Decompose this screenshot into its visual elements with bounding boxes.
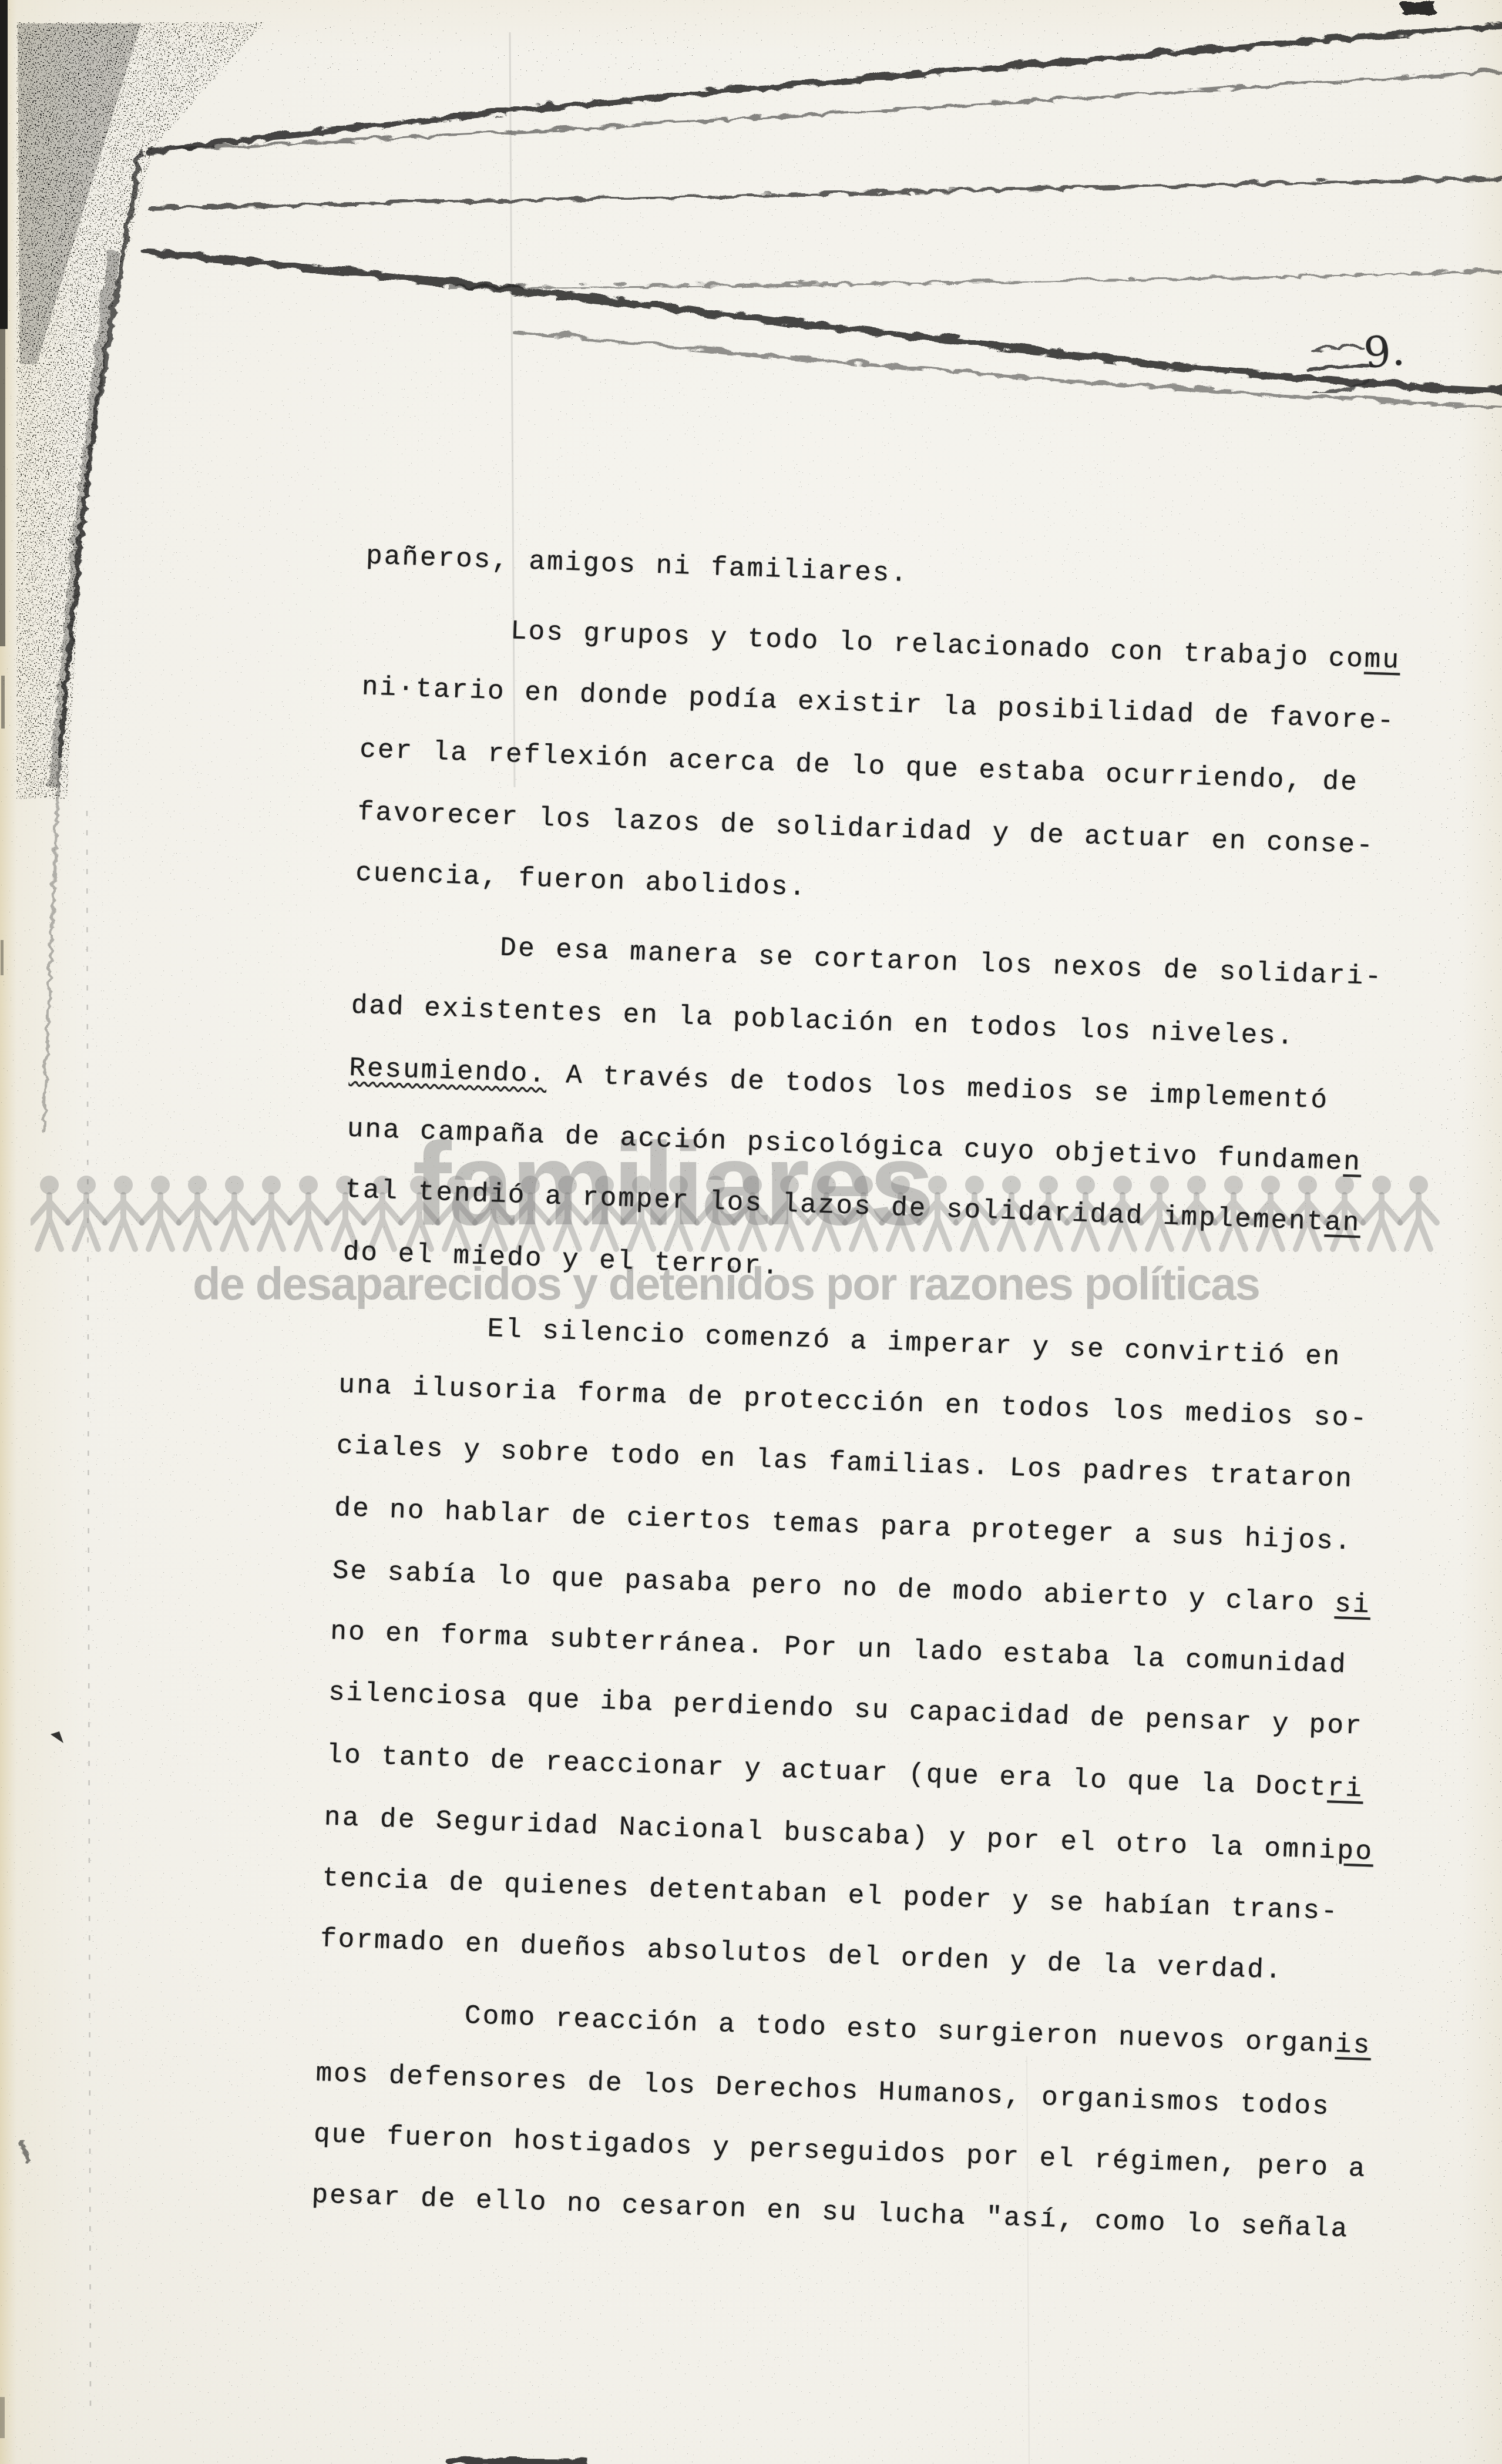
underlined-syllable: ri bbox=[1327, 1773, 1364, 1804]
paper-doll-figure bbox=[68, 1176, 105, 1249]
typed-line-text: do el miedo y el terror. bbox=[342, 1237, 781, 1282]
typed-line-text: El silencio comenzó a imperar y se convi… bbox=[487, 1314, 1342, 1372]
paper-doll-figure bbox=[179, 1176, 216, 1249]
paper-doll-figure bbox=[105, 1176, 142, 1249]
paper-doll-figure bbox=[142, 1176, 179, 1249]
typed-line-text: A través de todos los medios se implemen… bbox=[546, 1059, 1329, 1116]
paper-doll-figure bbox=[253, 1176, 290, 1249]
typed-line-text: pañeros, amigos ni familiares. bbox=[365, 541, 909, 589]
paper-doll-figure bbox=[290, 1176, 327, 1249]
typed-line-text: cuencia, fueron abolidos. bbox=[355, 858, 807, 903]
typed-line-text: De esa manera se cortaron los nexos de s… bbox=[499, 932, 1383, 992]
paper-doll-figure bbox=[216, 1176, 253, 1249]
paper-doll-figure bbox=[31, 1176, 68, 1249]
underlined-syllable: is bbox=[1335, 2029, 1372, 2061]
underlined-syllable: n bbox=[1343, 1147, 1362, 1178]
typed-line-text: Como reacción a todo esto surgieron nuev… bbox=[464, 2000, 1336, 2060]
wavy-underlined-word: Resumiendo. bbox=[348, 1053, 547, 1090]
scanned-document-page: familiares de desaparecidos y detenidos … bbox=[0, 0, 1502, 2464]
underlined-syllable: an bbox=[1324, 1207, 1361, 1238]
underlined-syllable: si bbox=[1334, 1589, 1371, 1620]
typed-text-block: pañeros, amigos ni familiares.Los grupos… bbox=[311, 525, 1436, 2262]
underlined-syllable: mu bbox=[1364, 644, 1401, 676]
underlined-syllable: po bbox=[1336, 1836, 1374, 1868]
page-number: 9. bbox=[1362, 325, 1406, 378]
